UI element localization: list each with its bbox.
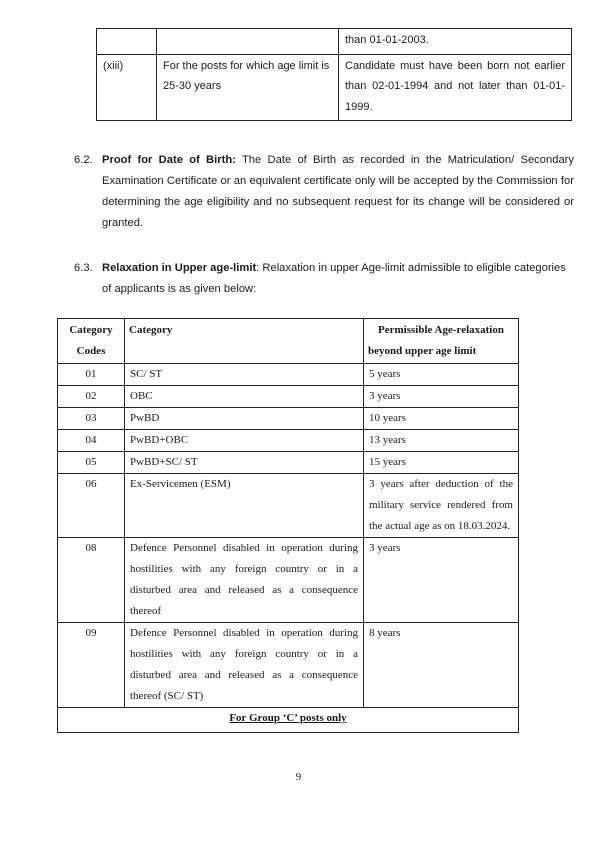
table-row: 08 Defence Personnel disabled in operati… — [58, 538, 519, 623]
table-row: 06 Ex-Servicemen (ESM) 3 years after ded… — [58, 474, 519, 538]
category-code: 03 — [58, 408, 125, 430]
table-row: than 01-01-2003. — [97, 29, 572, 55]
table-row: 05 PwBD+SC/ ST 15 years — [58, 452, 519, 474]
section-6-3-body: 6.3.Relaxation in Upper age-limit: Relax… — [74, 258, 574, 300]
age-relaxation: 3 years after deduction of the military … — [364, 474, 519, 538]
row-condition: than 01-01-2003. — [339, 29, 572, 55]
row-description: For the posts for which age limit is 25-… — [157, 54, 339, 121]
table-header-row: Category Codes Category Permissible Age-… — [58, 319, 519, 364]
section-number: 6.2. — [74, 150, 102, 171]
table-row: 02 OBC 3 years — [58, 386, 519, 408]
section-6-2-proof-of-dob: 6.2.Proof for Date of Birth: The Date of… — [74, 150, 546, 234]
header-category-codes: Category Codes — [58, 319, 125, 364]
category-code: 06 — [58, 474, 125, 538]
category-name: SC/ ST — [125, 364, 364, 386]
category-name: Defence Personnel disabled in operation … — [125, 623, 364, 708]
age-relaxation: 5 years — [364, 364, 519, 386]
header-category: Category — [125, 319, 364, 364]
category-code: 02 — [58, 386, 125, 408]
section-heading: Relaxation in Upper age-limit — [102, 262, 256, 274]
row-description — [157, 29, 339, 55]
section-6-2-body: 6.2.Proof for Date of Birth: The Date of… — [74, 150, 574, 234]
table-row: (xiii) For the posts for which age limit… — [97, 54, 572, 121]
table-row: 03 PwBD 10 years — [58, 408, 519, 430]
age-relaxation: 13 years — [364, 430, 519, 452]
age-limit-table-continued: than 01-01-2003. (xiii) For the posts fo… — [96, 28, 572, 121]
table-footer-row: For Group ‘C’ posts only — [58, 708, 519, 733]
table-row: 01 SC/ ST 5 years — [58, 364, 519, 386]
category-name: OBC — [125, 386, 364, 408]
category-name: Ex-Servicemen (ESM) — [125, 474, 364, 538]
row-code — [97, 29, 157, 55]
category-code: 04 — [58, 430, 125, 452]
section-6-3-relaxation: 6.3.Relaxation in Upper age-limit: Relax… — [74, 258, 546, 300]
age-relaxation: 3 years — [364, 538, 519, 623]
table-row: 09 Defence Personnel disabled in operati… — [58, 623, 519, 708]
header-relaxation: Permissible Age-relaxation beyond upper … — [364, 319, 519, 364]
age-relaxation: 8 years — [364, 623, 519, 708]
category-name: Defence Personnel disabled in operation … — [125, 538, 364, 623]
age-relaxation: 3 years — [364, 386, 519, 408]
category-name: PwBD+SC/ ST — [125, 452, 364, 474]
age-relaxation: 10 years — [364, 408, 519, 430]
category-name: PwBD+OBC — [125, 430, 364, 452]
row-code: (xiii) — [97, 54, 157, 121]
category-code: 05 — [58, 452, 125, 474]
category-name: PwBD — [125, 408, 364, 430]
section-number: 6.3. — [74, 258, 102, 279]
category-code: 09 — [58, 623, 125, 708]
row-condition: Candidate must have been born not earlie… — [339, 54, 572, 121]
category-code: 01 — [58, 364, 125, 386]
age-relaxation-table: Category Codes Category Permissible Age-… — [57, 318, 519, 733]
group-c-note: For Group ‘C’ posts only — [58, 708, 519, 733]
category-code: 08 — [58, 538, 125, 623]
age-relaxation: 15 years — [364, 452, 519, 474]
page-number: 9 — [0, 771, 597, 783]
section-heading: Proof for Date of Birth: — [102, 154, 236, 166]
table-row: 04 PwBD+OBC 13 years — [58, 430, 519, 452]
